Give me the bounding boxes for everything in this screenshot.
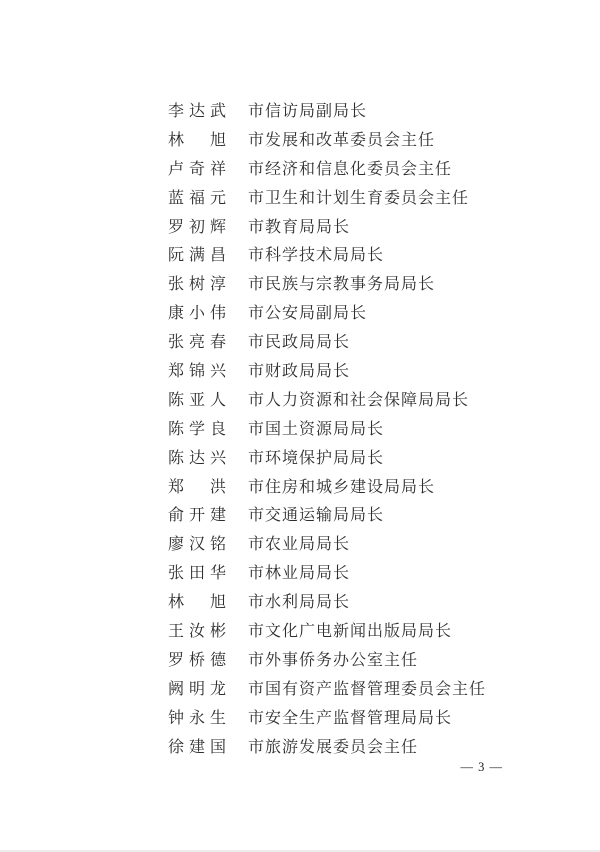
official-title: 市发展和改革委员会主任 bbox=[248, 127, 435, 156]
official-title: 市林业局局长 bbox=[248, 560, 350, 589]
official-name: 李达武 bbox=[168, 98, 226, 127]
official-title: 市环境保护局局长 bbox=[248, 445, 384, 474]
official-name: 罗桥德 bbox=[168, 647, 226, 676]
official-name: 俞开建 bbox=[168, 502, 226, 531]
official-title: 市卫生和计划生育委员会主任 bbox=[248, 185, 469, 214]
official-name: 陈达兴 bbox=[168, 445, 226, 474]
roster-row: 钟永生 市安全生产监督管理局局长 bbox=[168, 705, 486, 734]
official-name: 阮满昌 bbox=[168, 242, 226, 271]
official-title: 市人力资源和社会保障局局长 bbox=[248, 387, 469, 416]
roster-row: 张亮春 市民政局局长 bbox=[168, 329, 486, 358]
roster-row: 陈达兴 市环境保护局局长 bbox=[168, 445, 486, 474]
official-name: 陈学良 bbox=[168, 416, 226, 445]
official-title: 市外事侨务办公室主任 bbox=[248, 647, 418, 676]
roster-row: 蓝福元 市卫生和计划生育委员会主任 bbox=[168, 185, 486, 214]
official-name: 郑洪 bbox=[168, 474, 226, 503]
official-name: 张亮春 bbox=[168, 329, 226, 358]
roster-row: 张树淳 市民族与宗教事务局局长 bbox=[168, 271, 486, 300]
page-number: — 3 — bbox=[461, 760, 504, 775]
official-name: 陈亚人 bbox=[168, 387, 226, 416]
roster-row: 徐建国 市旅游发展委员会主任 bbox=[168, 734, 486, 763]
roster-row: 罗初辉 市教育局局长 bbox=[168, 214, 486, 243]
official-name: 康小伟 bbox=[168, 300, 226, 329]
roster-row: 王汝彬 市文化广电新闻出版局局长 bbox=[168, 618, 486, 647]
official-title: 市文化广电新闻出版局局长 bbox=[248, 618, 452, 647]
official-title: 市教育局局长 bbox=[248, 214, 350, 243]
roster-row: 陈学良 市国土资源局局长 bbox=[168, 416, 486, 445]
official-title: 市国有资产监督管理委员会主任 bbox=[248, 676, 486, 705]
roster-list: 李达武 市信访局副局长 林旭 市发展和改革委员会主任 卢奇祥 市经济和信息化委员… bbox=[168, 98, 486, 762]
official-name: 郑锦兴 bbox=[168, 358, 226, 387]
roster-row: 郑锦兴 市财政局局长 bbox=[168, 358, 486, 387]
official-title: 市交通运输局局长 bbox=[248, 502, 384, 531]
official-title: 市安全生产监督管理局局长 bbox=[248, 705, 452, 734]
official-name: 王汝彬 bbox=[168, 618, 226, 647]
official-title: 市民族与宗教事务局局长 bbox=[248, 271, 435, 300]
official-name: 罗初辉 bbox=[168, 214, 226, 243]
official-title: 市信访局副局长 bbox=[248, 98, 367, 127]
roster-row: 廖汉铭 市农业局局长 bbox=[168, 531, 486, 560]
roster-row: 康小伟 市公安局副局长 bbox=[168, 300, 486, 329]
official-title: 市旅游发展委员会主任 bbox=[248, 734, 418, 763]
official-title: 市民政局局长 bbox=[248, 329, 350, 358]
roster-row: 俞开建 市交通运输局局长 bbox=[168, 502, 486, 531]
roster-row: 张田华 市林业局局长 bbox=[168, 560, 486, 589]
official-title: 市经济和信息化委员会主任 bbox=[248, 156, 452, 185]
roster-row: 阙明龙 市国有资产监督管理委员会主任 bbox=[168, 676, 486, 705]
official-title: 市财政局局长 bbox=[248, 358, 350, 387]
official-title: 市住房和城乡建设局局长 bbox=[248, 474, 435, 503]
roster-row: 郑洪 市住房和城乡建设局局长 bbox=[168, 474, 486, 503]
roster-row: 林旭 市发展和改革委员会主任 bbox=[168, 127, 486, 156]
official-name: 阙明龙 bbox=[168, 676, 226, 705]
official-name: 廖汉铭 bbox=[168, 531, 226, 560]
roster-row: 林旭 市水利局局长 bbox=[168, 589, 486, 618]
official-name: 蓝福元 bbox=[168, 185, 226, 214]
roster-row: 卢奇祥 市经济和信息化委员会主任 bbox=[168, 156, 486, 185]
official-title: 市科学技术局局长 bbox=[248, 242, 384, 271]
official-title: 市国土资源局局长 bbox=[248, 416, 384, 445]
official-title: 市公安局副局长 bbox=[248, 300, 367, 329]
official-name: 徐建国 bbox=[168, 734, 226, 763]
official-name: 林旭 bbox=[168, 589, 226, 618]
official-name: 林旭 bbox=[168, 127, 226, 156]
official-title: 市水利局局长 bbox=[248, 589, 350, 618]
roster-row: 陈亚人 市人力资源和社会保障局局长 bbox=[168, 387, 486, 416]
official-name: 卢奇祥 bbox=[168, 156, 226, 185]
document-page: 李达武 市信访局副局长 林旭 市发展和改革委员会主任 卢奇祥 市经济和信息化委员… bbox=[0, 0, 600, 852]
official-name: 张田华 bbox=[168, 560, 226, 589]
official-name: 钟永生 bbox=[168, 705, 226, 734]
roster-row: 阮满昌 市科学技术局局长 bbox=[168, 242, 486, 271]
roster-row: 罗桥德 市外事侨务办公室主任 bbox=[168, 647, 486, 676]
roster-row: 李达武 市信访局副局长 bbox=[168, 98, 486, 127]
official-name: 张树淳 bbox=[168, 271, 226, 300]
official-title: 市农业局局长 bbox=[248, 531, 350, 560]
